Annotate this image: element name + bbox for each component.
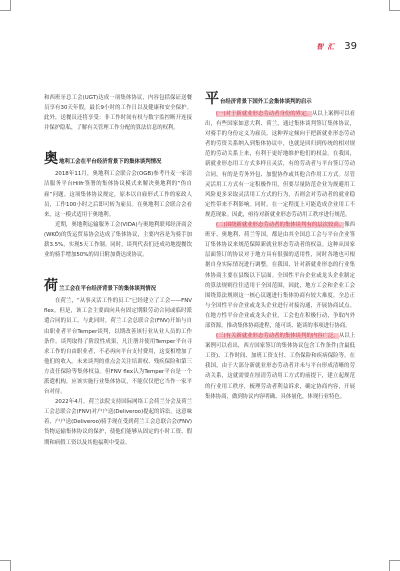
left-column: 和西班牙总工会(UGT)达成一项集体协议，内容包括保证送餐员享有30天年假，最长…	[44, 93, 192, 448]
point-text: 从以上案例可以看出，有些国家如意大利、荷兰，通过集体谈判签订集体协议，对骑手的身…	[205, 111, 355, 218]
dropcap: 荷	[44, 280, 58, 293]
crop-mark-bottom-left	[0, 560, 11, 571]
crop-mark-bottom-right	[389, 560, 400, 571]
highlighted-heading: (二)围绕新就业形态劳动者的集体谈判有的层次较高。	[216, 222, 344, 228]
point-2: (二)围绕新就业形态劳动者的集体谈判有的层次较高。像西班牙、奥地利、荷兰等国，都…	[205, 220, 355, 331]
point-text: 从以上案例可以看出，西方国家签订的集体协议包含工作条件(含最低工资)、工作时间、…	[205, 333, 355, 400]
paragraph: 在荷兰，“从事灵活工作的员工”已经建立了工会——FNV flex。但是，该工会主…	[44, 296, 192, 397]
section-label: 智汇	[316, 42, 338, 52]
section-heading-implications: 平 台经济背景下国外工会集体谈判的启示	[205, 93, 355, 106]
section-title: 地利工会在平台经济背景下的集体谈判情况	[59, 158, 161, 166]
highlighted-heading: (一)对于新就业形态劳动者身份的界定。	[216, 111, 312, 117]
page-number: 39	[344, 41, 357, 52]
point-1: (一)对于新就业形态劳动者身份的界定。从以上案例可以看出，有些国家如意大利、荷兰…	[205, 109, 355, 220]
right-column: 平 台经济背景下国外工会集体谈判的启示 (一)对于新就业形态劳动者身份的界定。从…	[205, 93, 355, 402]
paragraph: 近期，奥地利运输服务工会(VIDA)与奥地利联邦经济商会(WKÖ)的货运贸易协会…	[44, 220, 192, 260]
section-title: 台经济背景下国外工会集体谈判的启示	[220, 98, 312, 106]
paragraph: 2022年4月，荷兰法院支持国际网络工会荷兰分会及荷兰工会总联合会(FNV)对户…	[44, 397, 192, 447]
page-header: 智汇 39	[316, 41, 357, 52]
highlighted-heading: (三)有关新就业形态劳动者的集体谈判的内容广泛。	[216, 333, 339, 339]
paragraph: 2018年11月，奥地利工会联合会(OGB)参考丹麦一家清洁服务平台Hilfr签…	[44, 169, 192, 219]
dropcap: 平	[205, 93, 219, 106]
point-text: 像西班牙、奥地利、荷兰等国，都是由其全国总工会与平台企业签订集体协议来规范保障新…	[205, 222, 355, 329]
crop-mark-top-right	[389, 0, 400, 11]
point-3: (三)有关新就业形态劳动者的集体谈判的内容广泛。从以上案例可以看出，西方国家签订…	[205, 331, 355, 402]
intro-paragraph: 和西班牙总工会(UGT)达成一项集体协议，内容包括保证送餐员享有30天年假，最长…	[44, 93, 192, 133]
section-title: 兰工会在平台经济背景下的集体谈判情况	[59, 285, 156, 293]
crop-mark-top-left	[0, 0, 11, 11]
section-heading-austria: 奥 地利工会在平台经济背景下的集体谈判情况	[44, 153, 192, 166]
section-heading-netherlands: 荷 兰工会在平台经济背景下的集体谈判情况	[44, 280, 192, 293]
dropcap: 奥	[44, 153, 58, 166]
